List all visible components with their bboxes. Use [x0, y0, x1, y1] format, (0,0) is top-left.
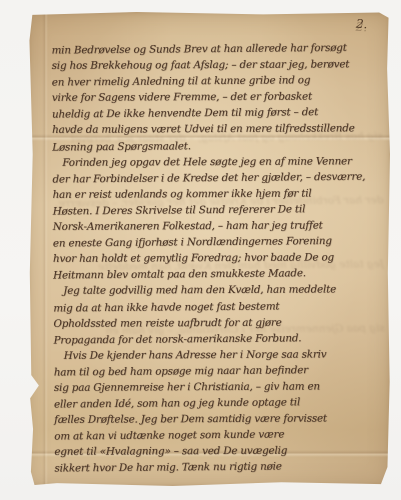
page-number: 2.: [355, 17, 367, 32]
fold-crease-left: [42, 12, 48, 486]
letter-line: Jeg talte godvillig med ham den Kvæld, h…: [53, 282, 388, 300]
letter-line: Løsning paa Spørgsmaalet.: [52, 136, 387, 155]
letter-page: sig hos Brekkehoug og faat Afslag; – der…: [28, 12, 390, 486]
letter-line: Opholdssted men reiste uafbrudt for at g…: [53, 314, 388, 332]
letter-line: havde da muligens været Udvei til en mer…: [52, 121, 387, 139]
letter-line: mig da at han ikke havde noget fast best…: [53, 297, 388, 316]
letter-line: sikkert hvor De har mig. Tænk nu rigtig …: [54, 458, 389, 477]
letter-text: min Bedrøvelse og Sunds Brev at han alle…: [51, 40, 389, 477]
scan-background: sig hos Brekkehoug og faat Afslag; – der…: [0, 0, 401, 500]
